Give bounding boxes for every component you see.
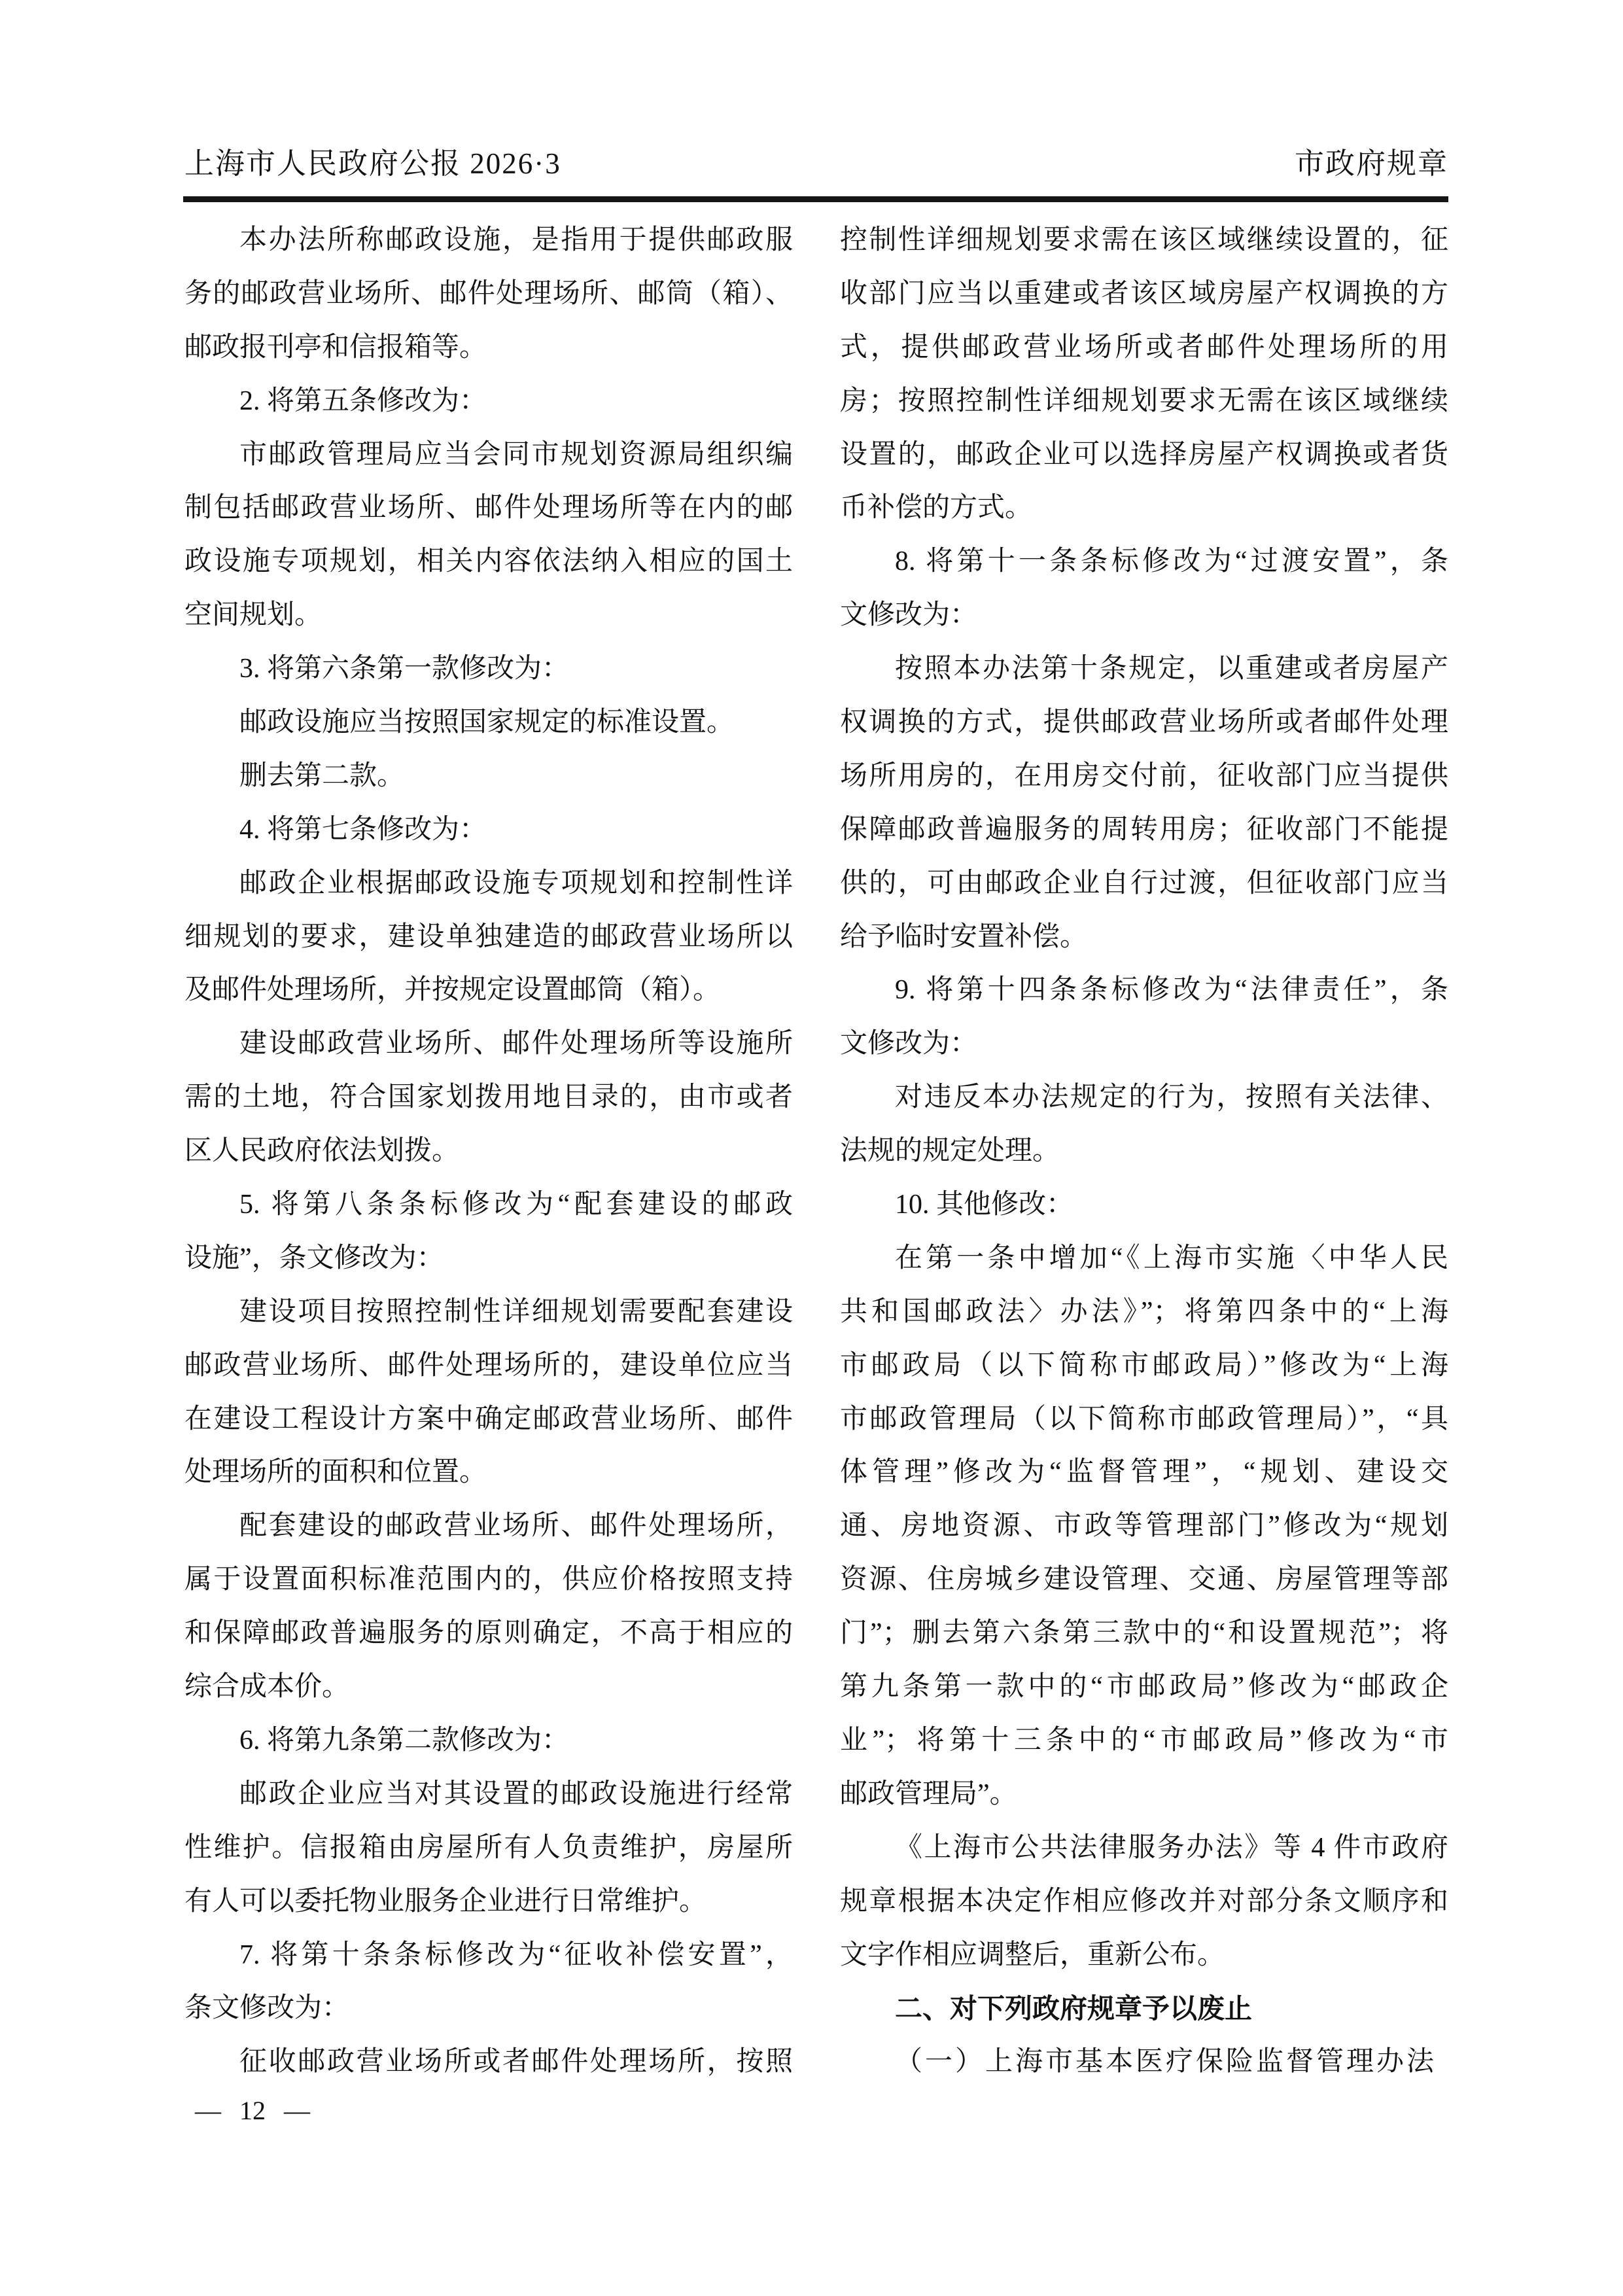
right-column: 控制性详细规划要求需在该区域继续设置的，征收部门应当以重建或者该区域房屋产权调换…: [840, 214, 1448, 2089]
page-number: — 12 —: [195, 2091, 310, 2130]
text-line: 邮政企业应当对其设置的邮政设施进行经常: [184, 1768, 793, 1822]
text-line: 邮政管理局”。: [840, 1768, 1448, 1822]
text-line: 权调换的方式，提供邮政营业场所或者邮件处理: [840, 696, 1448, 750]
text-line: 配套建设的邮政营业场所、邮件处理场所，: [184, 1500, 793, 1553]
text-line: 币补偿的方式。: [840, 482, 1448, 535]
text-line: 文字作相应调整后，重新公布。: [840, 1929, 1448, 1983]
text-line: 和保障邮政普遍服务的原则确定，不高于相应的: [184, 1607, 793, 1661]
text-line: 10. 其他修改：: [840, 1178, 1448, 1232]
text-line: 务的邮政营业场所、邮件处理场所、邮筒（箱）、: [184, 268, 793, 321]
text-line: 4. 将第七条修改为：: [184, 804, 793, 857]
text-line: 及邮件处理场所，并按规定设置邮筒（箱）。: [184, 964, 793, 1017]
text-line: 属于设置面积标准范围内的，供应价格按照支持: [184, 1553, 793, 1607]
text-line: 7. 将第十条条标修改为“征收补偿安置”，: [184, 1929, 793, 1983]
text-line: 性维护。信报箱由房屋所有人负责维护，房屋所: [184, 1822, 793, 1875]
text-line: 建设项目按照控制性详细规划需要配套建设: [184, 1286, 793, 1339]
header-section-label: 市政府规章: [1295, 143, 1448, 185]
text-line: 给予临时安置补偿。: [840, 911, 1448, 964]
text-line: 空间规划。: [184, 589, 793, 643]
text-line: 在第一条中增加“《上海市实施〈中华人民: [840, 1232, 1448, 1286]
text-line: 通、房地资源、市政等管理部门”修改为“规划: [840, 1500, 1448, 1553]
text-line: 文修改为：: [840, 589, 1448, 643]
text-line: 《上海市公共法律服务办法》等 4 件市政府: [840, 1822, 1448, 1875]
text-line: 在建设工程设计方案中确定邮政营业场所、邮件: [184, 1393, 793, 1447]
text-line: 规章根据本决定作相应修改并对部分条文顺序和: [840, 1875, 1448, 1929]
text-line: 邮政营业场所、邮件处理场所的，建设单位应当: [184, 1339, 793, 1393]
text-line: 市邮政管理局（以下简称市邮政管理局）”，“具: [840, 1393, 1448, 1447]
text-line: 对违反本办法规定的行为，按照有关法律、: [840, 1071, 1448, 1125]
text-line: 控制性详细规划要求需在该区域继续设置的，征: [840, 214, 1448, 268]
text-line: 本办法所称邮政设施，是指用于提供邮政服: [184, 214, 793, 268]
text-line: （一）上海市基本医疗保险监督管理办法: [840, 2036, 1448, 2089]
text-line: 保障邮政普遍服务的周转用房；征收部门不能提: [840, 804, 1448, 857]
text-line: 二、对下列政府规章予以废止: [840, 1982, 1448, 2036]
text-line: 有人可以委托物业服务企业进行日常维护。: [184, 1875, 793, 1929]
text-line: 5. 将第八条条标修改为“配套建设的邮政: [184, 1178, 793, 1232]
text-line: 需的土地，符合国家划拨用地目录的，由市或者: [184, 1071, 793, 1125]
text-line: 场所用房的，在用房交付前，征收部门应当提供: [840, 750, 1448, 804]
text-line: 共和国邮政法〉办法》”；将第四条中的“上海: [840, 1286, 1448, 1339]
text-line: 建设邮政营业场所、邮件处理场所等设施所: [184, 1017, 793, 1071]
text-line: 邮政企业根据邮政设施专项规划和控制性详: [184, 857, 793, 911]
text-line: 资源、住房城乡建设管理、交通、房屋管理等部: [840, 1553, 1448, 1607]
text-line: 市邮政局（以下简称市邮政局）”修改为“上海: [840, 1339, 1448, 1393]
text-line: 区人民政府依法划拨。: [184, 1125, 793, 1178]
text-line: 市邮政管理局应当会同市规划资源局组织编: [184, 429, 793, 482]
text-line: 式，提供邮政营业场所或者邮件处理场所的用: [840, 321, 1448, 375]
header-rule: [183, 196, 1448, 202]
text-line: 门”；删去第六条第三款中的“和设置规范”；将: [840, 1607, 1448, 1661]
text-line: 删去第二款。: [184, 750, 793, 804]
text-line: 制包括邮政营业场所、邮件处理场所等在内的邮: [184, 482, 793, 535]
text-line: 处理场所的面积和位置。: [184, 1446, 793, 1500]
text-line: 8. 将第十一条条标修改为“过渡安置”，条: [840, 535, 1448, 589]
text-line: 业”；将第十三条中的“市邮政局”修改为“市: [840, 1714, 1448, 1768]
text-line: 房；按照控制性详细规划要求无需在该区域继续: [840, 375, 1448, 429]
text-line: 按照本办法第十条规定，以重建或者房屋产: [840, 643, 1448, 696]
text-line: 细规划的要求，建设单独建造的邮政营业场所以: [184, 911, 793, 964]
left-column: 本办法所称邮政设施，是指用于提供邮政服务的邮政营业场所、邮件处理场所、邮筒（箱）…: [184, 214, 793, 2089]
text-line: 3. 将第六条第一款修改为：: [184, 643, 793, 696]
text-line: 政设施专项规划，相关内容依法纳入相应的国土: [184, 535, 793, 589]
text-line: 设施”，条文修改为：: [184, 1232, 793, 1286]
text-line: 体管理”修改为“监督管理”，“规划、建设交: [840, 1446, 1448, 1500]
text-line: 邮政设施应当按照国家规定的标准设置。: [184, 696, 793, 750]
text-line: 征收邮政营业场所或者邮件处理场所，按照: [184, 2036, 793, 2089]
text-line: 设置的，邮政企业可以选择房屋产权调换或者货: [840, 429, 1448, 482]
text-line: 9. 将第十四条条标修改为“法律责任”，条: [840, 964, 1448, 1017]
text-line: 综合成本价。: [184, 1661, 793, 1714]
text-line: 邮政报刊亭和信报箱等。: [184, 321, 793, 375]
text-line: 法规的规定处理。: [840, 1125, 1448, 1178]
text-line: 第九条第一款中的“市邮政局”修改为“邮政企: [840, 1661, 1448, 1714]
page: 上海市人民政府公报 2026·3 市政府规章 本办法所称邮政设施，是指用于提供邮…: [0, 0, 1623, 2296]
text-line: 条文修改为：: [184, 1982, 793, 2036]
text-line: 6. 将第九条第二款修改为：: [184, 1714, 793, 1768]
text-line: 收部门应当以重建或者该区域房屋产权调换的方: [840, 268, 1448, 321]
text-line: 2. 将第五条修改为：: [184, 375, 793, 429]
text-line: 文修改为：: [840, 1017, 1448, 1071]
text-line: 供的，可由邮政企业自行过渡，但征收部门应当: [840, 857, 1448, 911]
header-gazette-title: 上海市人民政府公报 2026·3: [184, 143, 561, 185]
